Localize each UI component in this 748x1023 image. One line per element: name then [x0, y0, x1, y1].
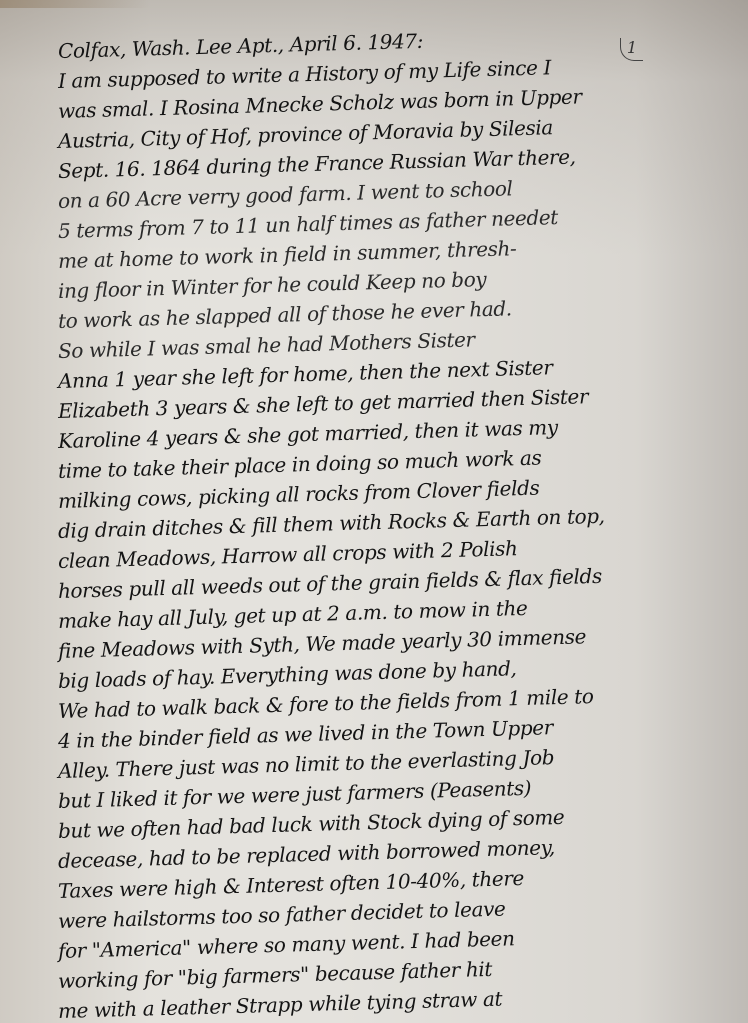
handwritten-manuscript: Colfax, Wash. Lee Apt., April 6. 1947: I… — [58, 36, 728, 1023]
document-page: 1 Colfax, Wash. Lee Apt., April 6. 1947:… — [0, 0, 748, 1023]
page-edge-shadow — [0, 0, 150, 8]
